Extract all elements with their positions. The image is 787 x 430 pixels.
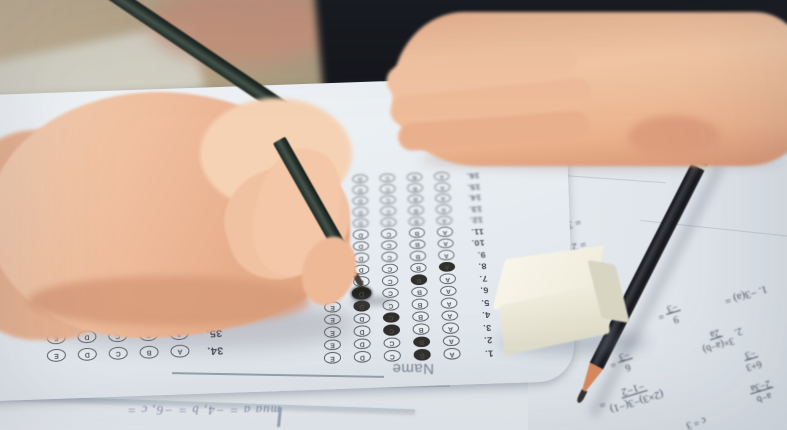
pencil-tip-shadow [350, 296, 392, 306]
bubble-B: B [407, 194, 423, 204]
bubble-D: D [354, 351, 371, 363]
question-number: 11. [465, 226, 484, 236]
exam-photo-scene: mua a = −4, b = −6, c = = 342= 215−3(11)… [0, 0, 787, 430]
bubble-C: C [109, 347, 128, 360]
question-number: 10. [466, 238, 485, 248]
bubble-C: C [383, 312, 400, 323]
bubble-D: D [353, 207, 369, 217]
bubble-C: C [384, 350, 401, 362]
bubble-D: D [353, 241, 369, 251]
handwritten-equation: mua a = −4, b = −6, c = [0, 402, 280, 418]
bubble-D: D [354, 338, 371, 350]
bubble-C: C [383, 325, 400, 336]
question-number: 8. [467, 261, 487, 271]
bubble-A: A [439, 262, 456, 273]
question-number: 2. [472, 335, 493, 346]
bubble-A: A [443, 348, 461, 360]
bubble-C: C [380, 195, 396, 205]
bubble-B: B [408, 205, 424, 215]
bubble-A: A [436, 204, 452, 214]
question-number: 9. [466, 249, 486, 259]
question-number: 3. [471, 322, 491, 333]
bubble-E: E [47, 349, 66, 362]
bubble-C: C [381, 229, 397, 239]
bubble-D: D [353, 230, 369, 240]
question-number: 13. [463, 204, 482, 214]
bubble-D: D [78, 348, 97, 361]
bubble-B: B [413, 324, 430, 335]
bubble-B: B [411, 287, 428, 298]
bubble-D: D [352, 185, 368, 195]
bubble-C: C [383, 337, 400, 349]
bubble-D: D [352, 174, 368, 184]
question-number: 6. [469, 285, 489, 296]
bubble-A: A [443, 335, 460, 346]
wrist-crease-shadow [628, 116, 720, 158]
question-number: 15. [462, 182, 481, 191]
bubble-C: C [381, 217, 397, 227]
bubble-B: B [408, 216, 424, 226]
question-number: 16. [461, 171, 480, 180]
bubble-A: A [436, 216, 452, 226]
bubble-A: A [440, 286, 457, 297]
bubble-B: B [409, 228, 425, 238]
bubble-B: B [411, 275, 428, 286]
question-number: 5. [470, 297, 490, 308]
question-number: 1. [473, 347, 494, 358]
folded-fingers-shadow [28, 276, 310, 326]
bubble-E: E [324, 352, 341, 364]
bubble-A: A [434, 182, 450, 192]
bubble-D: D [353, 218, 369, 228]
bubble-A: A [442, 323, 459, 334]
bubble-B: B [410, 263, 427, 274]
bubble-C: C [380, 206, 396, 216]
bubble-A: A [437, 238, 454, 248]
bubble-C: C [380, 184, 396, 194]
bubble-A: A [439, 274, 456, 285]
bubble-A: A [435, 193, 451, 203]
bubble-B: B [414, 349, 431, 361]
bubble-A: A [441, 310, 458, 321]
question-number: 12. [464, 215, 483, 225]
bubble-B: B [412, 299, 429, 310]
bubble-B: B [412, 311, 429, 322]
question-number: 4. [470, 309, 490, 320]
bubble-B: B [407, 173, 423, 183]
name-field-label: Name [392, 360, 434, 377]
bubble-B: B [407, 183, 423, 193]
bubble-B: B [410, 251, 427, 262]
question-number: 14. [462, 193, 481, 203]
bubble-A: A [437, 227, 453, 237]
bubble-C: C [382, 275, 399, 286]
bubble-D: D [352, 196, 368, 206]
bubble-C: C [381, 240, 397, 250]
bubble-C: C [379, 173, 395, 183]
bubble-B: B [413, 336, 430, 347]
question-number: 7. [468, 273, 488, 283]
bubble-A: A [438, 250, 455, 261]
bubble-B: B [409, 239, 425, 249]
bubble-C: C [382, 264, 398, 275]
bubble-E: E [324, 339, 341, 351]
bubble-C: C [381, 252, 397, 263]
bubble-A: A [441, 298, 458, 309]
bubble-A: A [434, 172, 450, 182]
